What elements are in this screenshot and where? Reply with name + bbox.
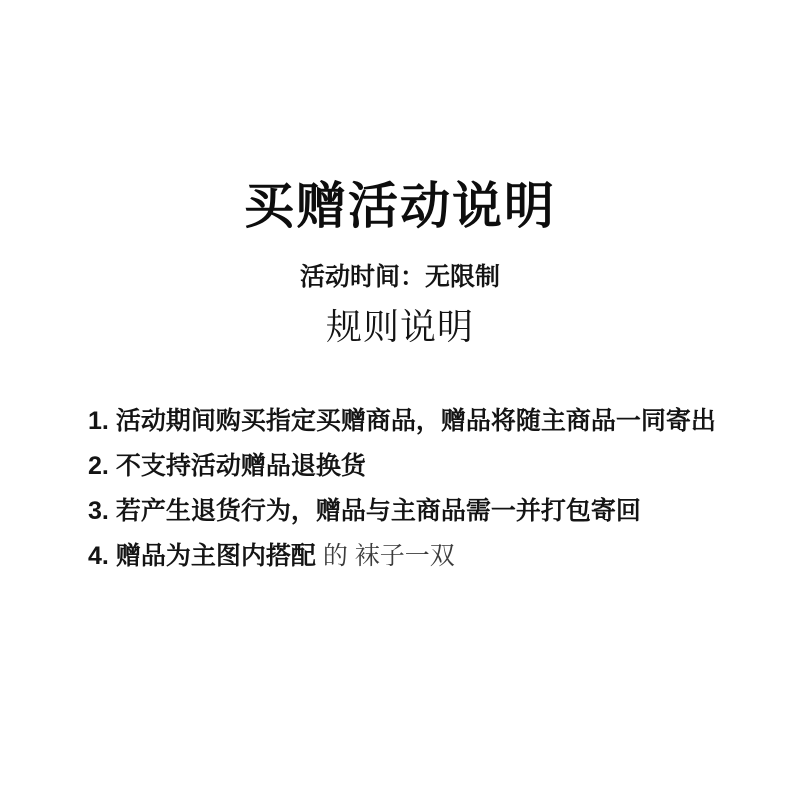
rule-number: 2.: [88, 444, 109, 489]
rule-text: 活动期间购买指定买赠商品，赠品将随主商品一同寄出: [116, 407, 716, 435]
rule-item-4: 4.赠品为主图内搭配 的 袜子一双: [88, 534, 740, 579]
page-title: 买赠活动说明: [0, 178, 800, 234]
rule-item-2: 2.不支持活动赠品退换货: [88, 444, 740, 489]
rule-item-3: 3.若产生退货行为，赠品与主商品需一并打包寄回: [88, 489, 740, 534]
rule-text: 不支持活动赠品退换货: [116, 452, 366, 480]
rules-section-heading: 规则说明: [0, 305, 800, 349]
activity-time-text: 活动时间：无限制: [0, 261, 800, 293]
rule-number: 3.: [88, 489, 109, 534]
rule-text: 赠品为主图内搭配: [116, 542, 316, 570]
rule-number: 4.: [88, 534, 109, 579]
promo-notice-page: 买赠活动说明 活动时间：无限制 规则说明 1.活动期间购买指定买赠商品，赠品将随…: [0, 0, 800, 800]
rule-text-light: 的 袜子一双: [316, 542, 455, 570]
rule-number: 1.: [88, 399, 109, 444]
rule-text: 若产生退货行为，赠品与主商品需一并打包寄回: [116, 497, 641, 525]
rules-list: 1.活动期间购买指定买赠商品，赠品将随主商品一同寄出 2.不支持活动赠品退换货 …: [0, 399, 800, 579]
rule-item-1: 1.活动期间购买指定买赠商品，赠品将随主商品一同寄出: [88, 399, 740, 444]
